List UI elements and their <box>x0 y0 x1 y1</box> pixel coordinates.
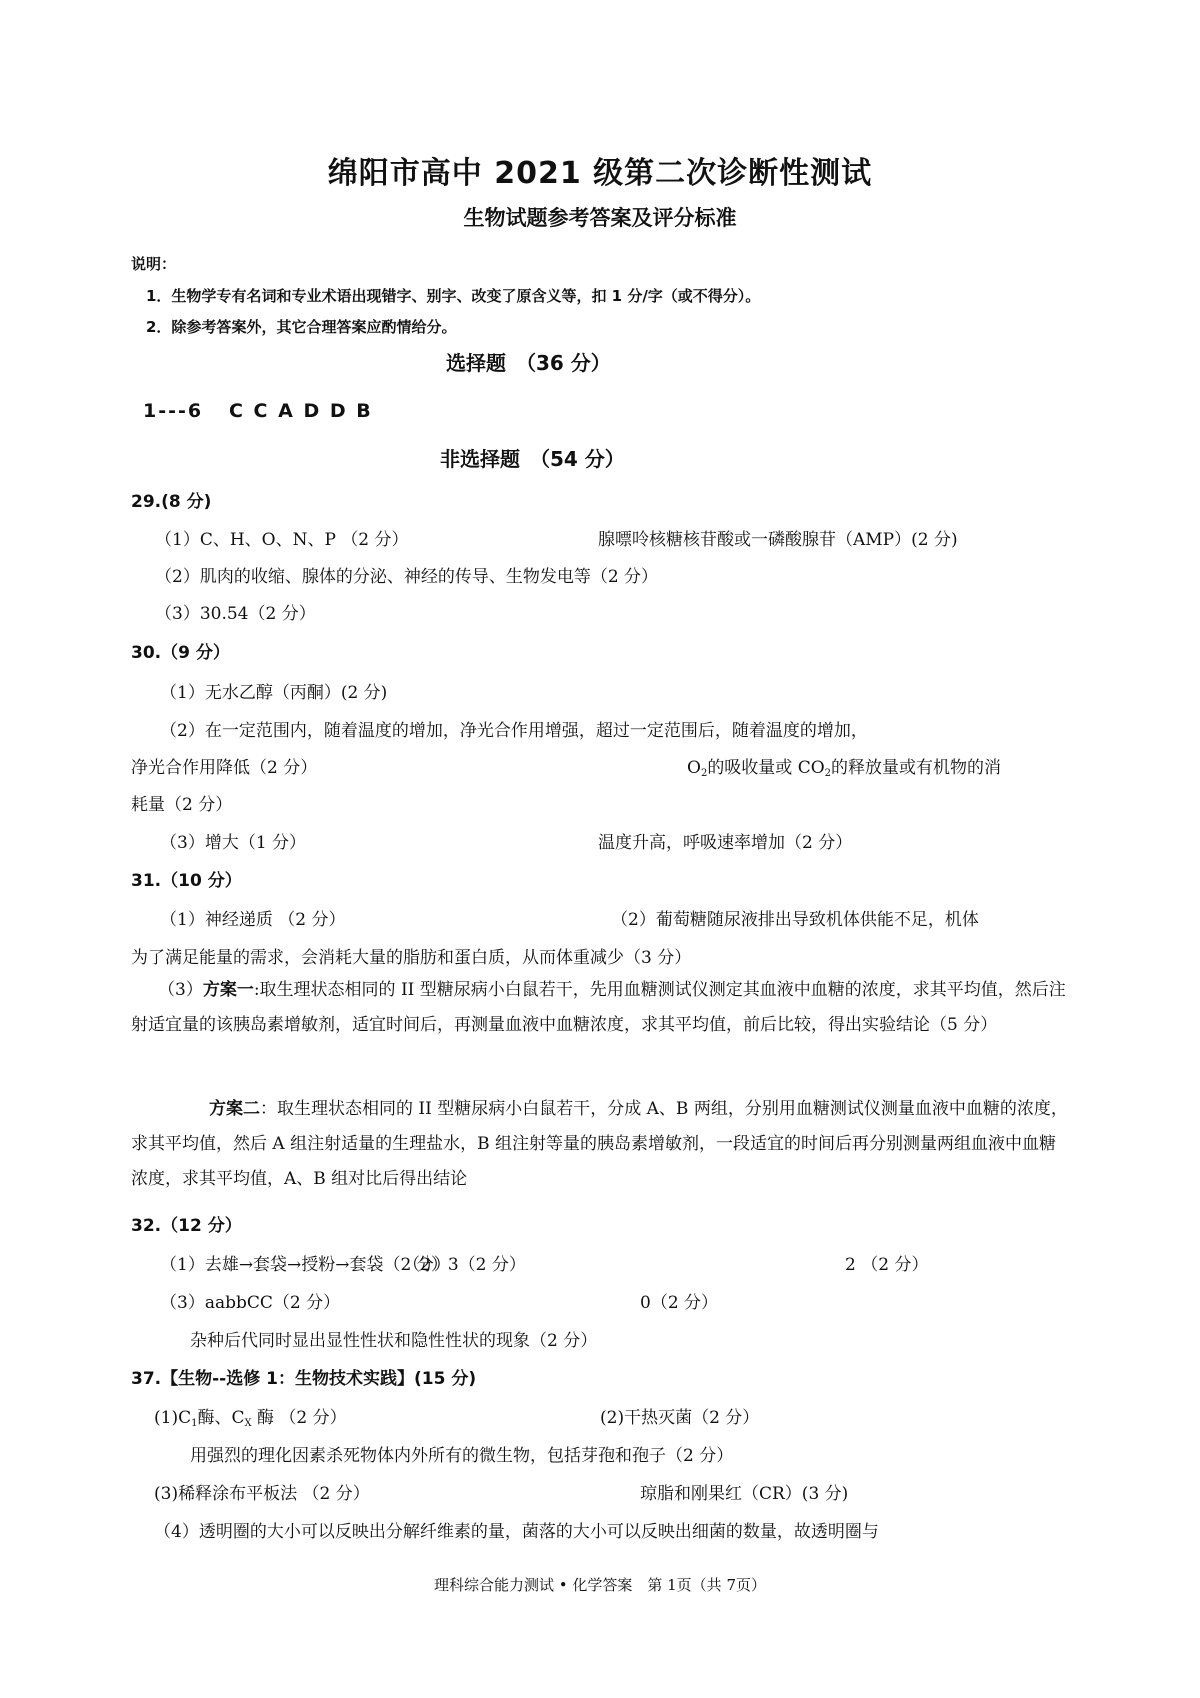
subscript-x: X <box>244 1418 251 1429</box>
q30-answer-1: （1）无水乙醇（丙酮）(2 分) <box>160 678 387 703</box>
mc-answers-row: 1---6 C C A D D B <box>143 400 373 422</box>
q37-answer-1: (1)C1酶、CX 酶 （2 分） <box>154 1403 347 1429</box>
q32-answer-2: （2）3（2 分） <box>403 1250 526 1275</box>
q37-heading: 37.【生物--选修 1：生物技术实践】(15 分) <box>131 1364 476 1389</box>
q29-answer-2: （2）肌肉的收缩、腺体的分泌、神经的传导、生物发电等（2 分） <box>155 562 658 587</box>
q31-heading: 31.（10 分） <box>131 866 242 891</box>
text-o: O <box>687 758 701 778</box>
q32-answer-2b: 2 （2 分） <box>845 1250 928 1275</box>
text-co: 的吸收量或 CO <box>707 758 824 778</box>
mc-range: 1---6 <box>143 400 203 422</box>
q30-heading: 30.（9 分） <box>131 638 230 663</box>
mc-answer-6: B <box>356 400 372 422</box>
mc-answer-1: C <box>229 400 245 422</box>
text-enzyme: 酶 （2 分） <box>252 1408 347 1428</box>
section-multiple-choice-title: 选择题 （36 分） <box>446 347 611 376</box>
note-item-2: 2．除参考答案外，其它合理答案应酌情给分。 <box>146 316 456 337</box>
q37-answer-2: (2)干热灭菌（2 分） <box>600 1403 759 1428</box>
document-title: 绵阳市高中 2021 级第二次诊断性测试 <box>0 148 1200 192</box>
q32-answer-3b: 0（2 分） <box>640 1288 718 1313</box>
notes-heading: 说明： <box>131 253 176 274</box>
q37-answer-3: (3)稀释涂布平板法 （2 分） <box>154 1479 370 1504</box>
q31-plan-two: 方案二：取生理状态相同的 II 型糖尿病小白鼠若干，分成 A、B 两组，分别用血… <box>131 1092 1069 1197</box>
q30-answer-2-line1: （2）在一定范围内，随着温度的增加，净光合作用增强，超过一定范围后，随着温度的增… <box>160 716 868 741</box>
q31-plan-one: （3）方案一:取生理状态相同的 II 型糖尿病小白鼠若干，先用血糖测试仪测定其血… <box>131 973 1069 1043</box>
plan-two-label: 方案二 <box>209 1099 260 1119</box>
plan-two-text: ：取生理状态相同的 II 型糖尿病小白鼠若干，分成 A、B 两组，分别用血糖测试… <box>131 1099 1068 1189</box>
text-rest: 的释放量或有机物的消 <box>831 758 1001 778</box>
plan-one-label: 方案一 <box>203 980 254 1000</box>
q30-answer-3: （3）增大（1 分） <box>160 828 306 853</box>
q29-answer-1: （1）C、H、O、N、P （2 分） <box>155 525 409 550</box>
q32-answer-3c: 杂种后代同时显出显性性状和隐性性状的现象（2 分） <box>190 1326 597 1351</box>
section-non-multiple-choice-title: 非选择题 （54 分） <box>440 443 625 472</box>
page-footer: 理科综合能力测试 • 化学答案 第 1页（共 7页） <box>0 1574 1200 1595</box>
mc-answer-2: C <box>254 400 270 422</box>
q31-answer-2-line1: （2）葡萄糖随尿液排出导致机体供能不足，机体 <box>611 905 979 930</box>
q31-answer-1: （1）神经递质 （2 分） <box>160 905 345 930</box>
q29-answer-3: （3）30.54（2 分） <box>155 599 316 624</box>
q31-answer-2-line2: 为了满足能量的需求，会消耗大量的脂肪和蛋白质，从而体重减少（3 分） <box>131 943 691 968</box>
q37-answer-4: （4）透明圈的大小可以反映出分解纤维素的量，菌落的大小可以反映出细菌的数量，故透… <box>154 1517 879 1542</box>
document-page: 绵阳市高中 2021 级第二次诊断性测试 生物试题参考答案及评分标准 说明： 1… <box>0 0 1200 1698</box>
q32-answer-3: （3）aabbCC（2 分） <box>160 1288 340 1313</box>
plan-one-prefix: （3） <box>158 980 203 1000</box>
q29-answer-1b: 腺嘌呤核糖核苷酸或一磷酸腺苷（AMP）(2 分) <box>598 525 958 550</box>
text-enzyme-c: 酶、C <box>197 1408 244 1428</box>
mc-answer-3: A <box>278 400 295 422</box>
note-item-1: 1．生物学专有名词和专业术语出现错字、别字、改变了原含义等，扣 1 分/字（或不… <box>146 285 760 306</box>
mc-answer-5: D <box>330 400 348 422</box>
q37-answer-3b: 琼脂和刚果红（CR）(3 分) <box>640 1479 848 1504</box>
q32-heading: 32.（12 分） <box>131 1211 242 1236</box>
q30-answer-3b: 温度升高，呼吸速率增加（2 分） <box>598 828 852 853</box>
document-subtitle: 生物试题参考答案及评分标准 <box>0 202 1200 232</box>
q37-answer-2b: 用强烈的理化因素杀死物体内外所有的微生物，包括芽孢和孢子（2 分） <box>190 1441 733 1466</box>
q30-answer-2-line3: 耗量（2 分） <box>131 790 232 815</box>
text-c: (1)C <box>154 1408 191 1428</box>
q30-answer-2b: O2的吸收量或 CO2的释放量或有机物的消 <box>687 753 1001 779</box>
q29-heading: 29.(8 分) <box>131 487 211 512</box>
mc-answer-4: D <box>303 400 321 422</box>
q30-answer-2-line2: 净光合作用降低（2 分） <box>131 753 317 778</box>
plan-one-text: :取生理状态相同的 II 型糖尿病小白鼠若干，先用血糖测试仪测定其血液中血糖的浓… <box>131 980 1066 1035</box>
